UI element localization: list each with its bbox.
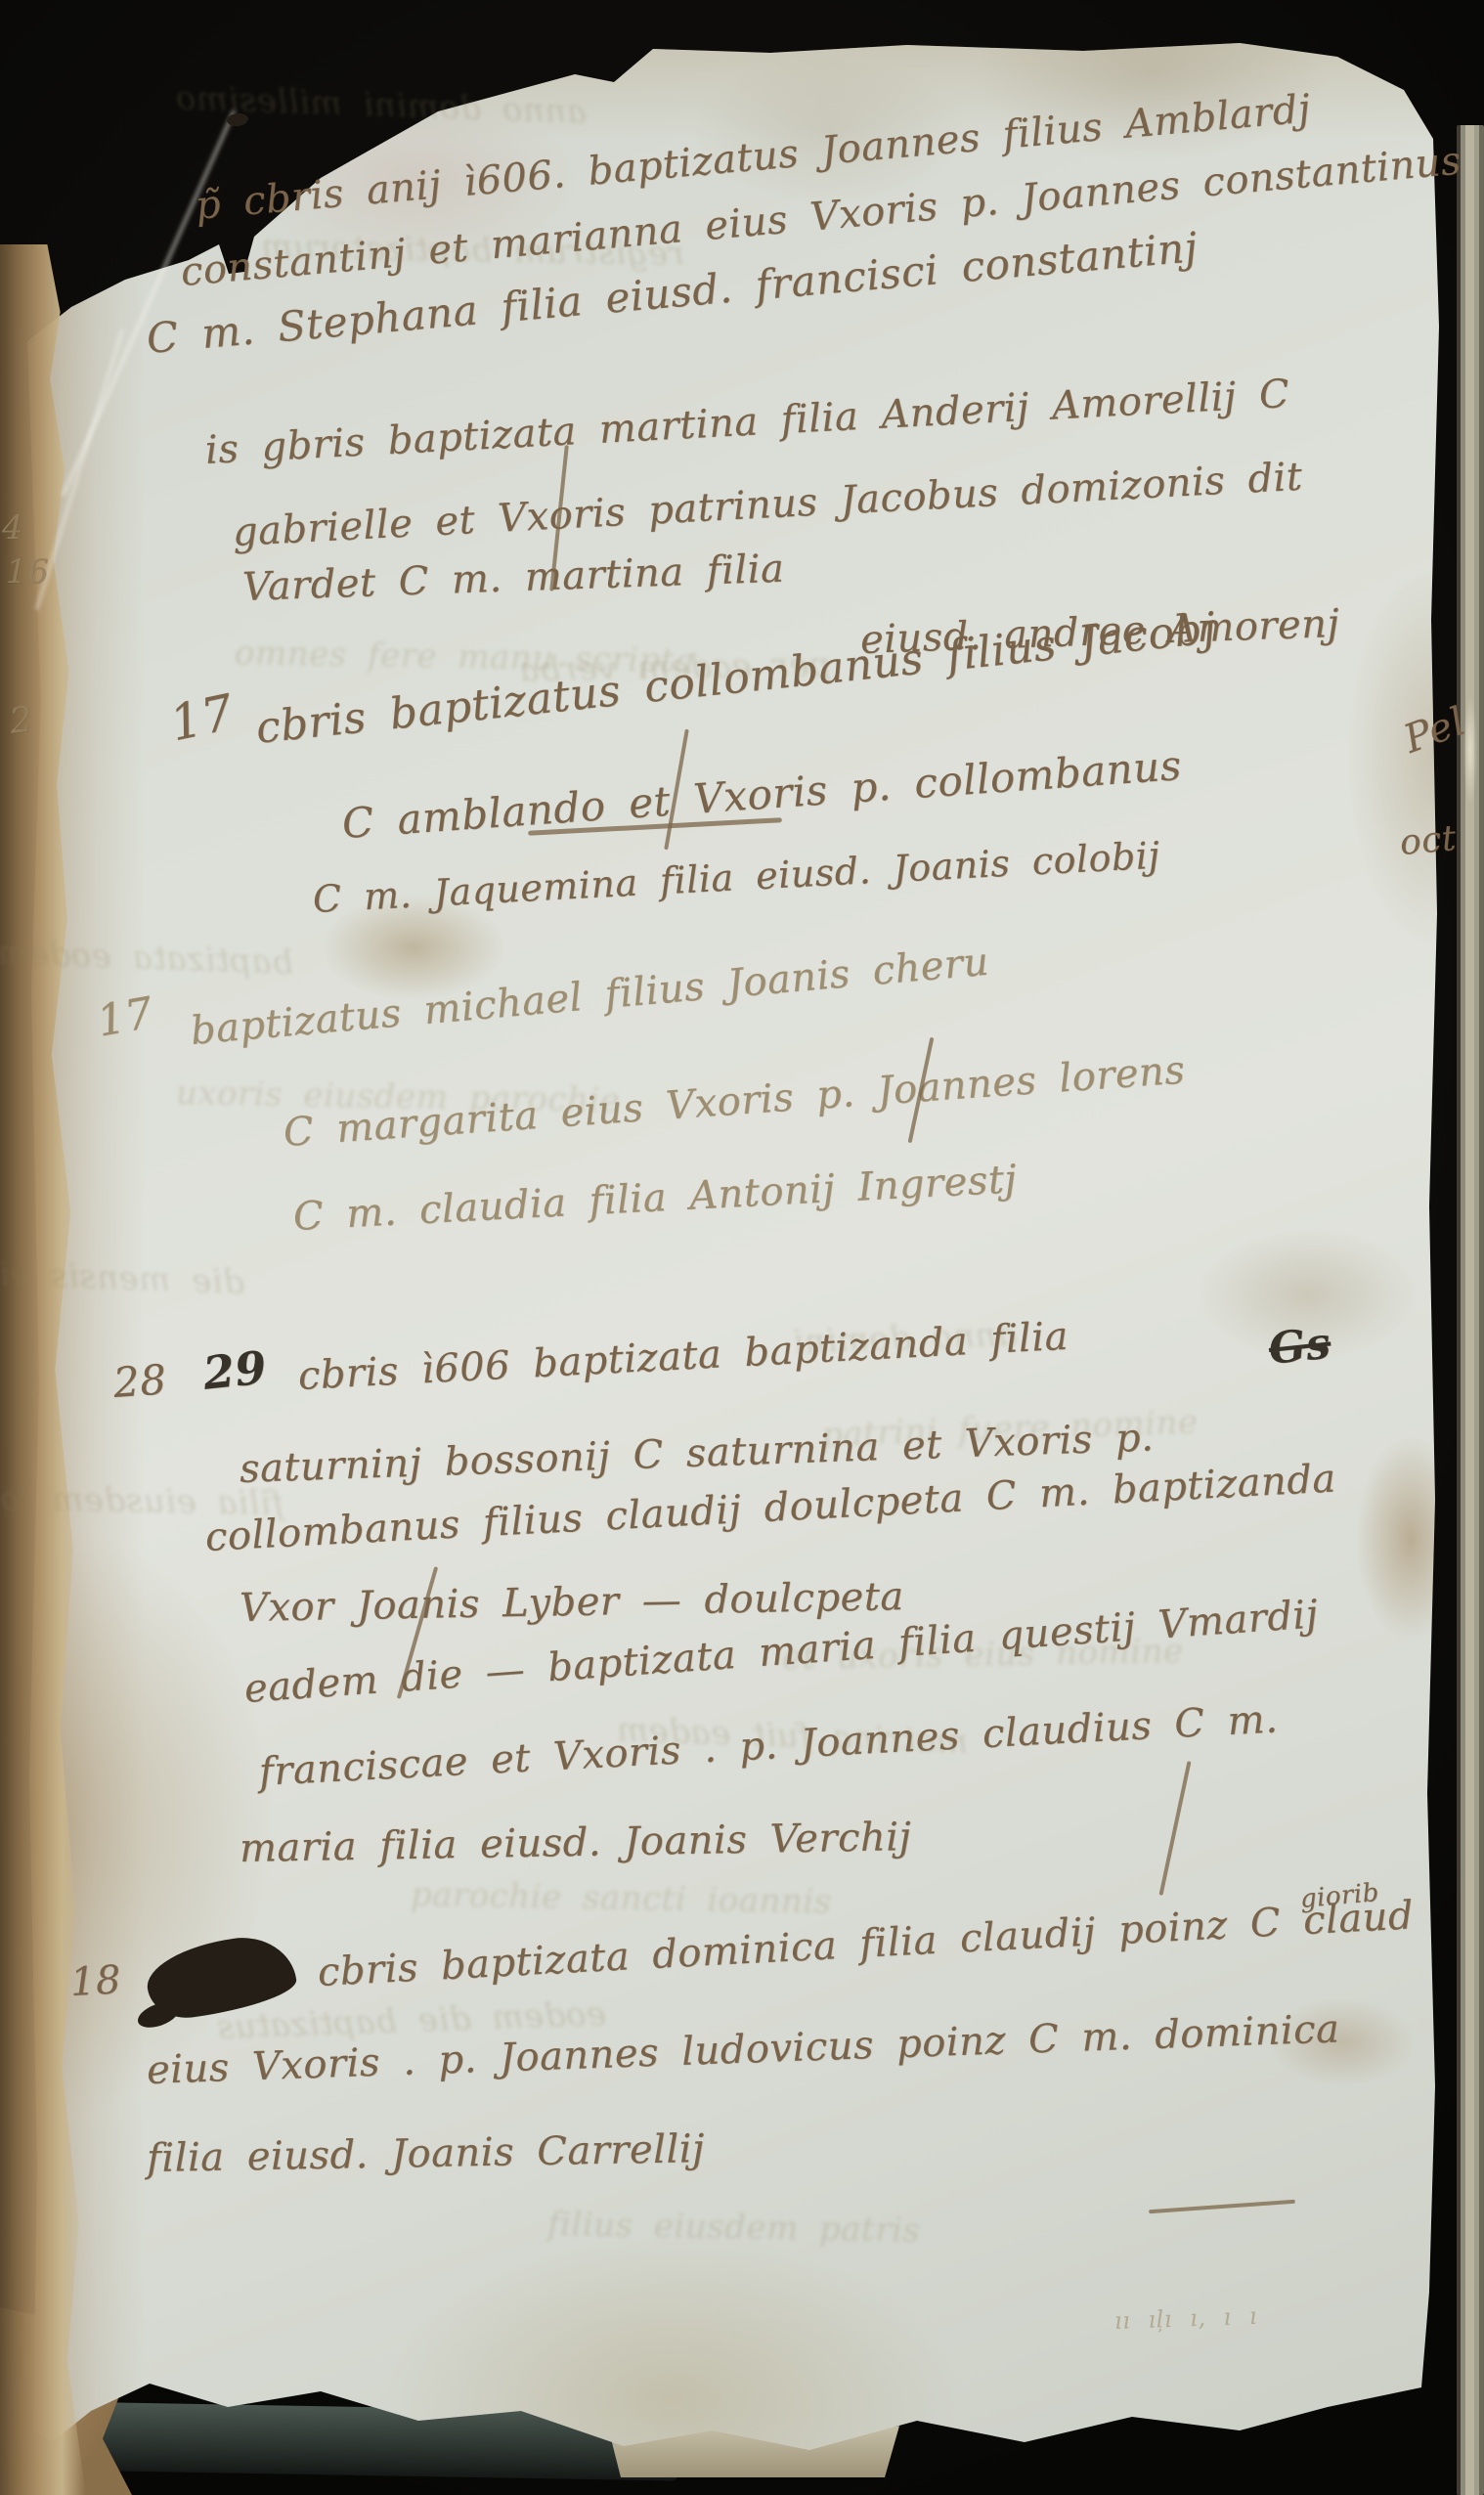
manuscript-line: 28 bbox=[111, 1355, 168, 1407]
manuscript-line: Vardet C m. martina filia bbox=[241, 547, 785, 610]
manuscript-line: gabrielle et Vxoris patrinus Jacobus dom… bbox=[232, 455, 1304, 555]
manuscript-line: C amblando et Vxoris p. collombanus bbox=[340, 741, 1183, 848]
bleedthrough-ghost-text: uxoris eiusdem parochie bbox=[176, 1073, 621, 1120]
bleedthrough-ghost-text: registrum baptizatorum bbox=[260, 227, 684, 274]
bleedthrough-ghost-text: filius eiusdem patris bbox=[547, 2205, 921, 2251]
manuscript-line: maria filia eiusd. Joanis Verchij bbox=[240, 1815, 912, 1871]
bleedthrough-ghost-text: et uxoris eius nomine bbox=[782, 1632, 1184, 1678]
writing-layer: p̃ cbris anij ì606. baptizatus Joannes f… bbox=[0, 0, 1484, 2495]
manuscript-line: Pel bbox=[1398, 699, 1471, 763]
manuscript-line: 4 bbox=[2, 508, 23, 547]
manuscript-line: is gbris baptizata martina filia Anderij… bbox=[204, 372, 1290, 473]
manuscript-line: 17 bbox=[165, 683, 239, 752]
manuscript-line: 16 bbox=[6, 552, 49, 591]
manuscript-line: 2 bbox=[8, 700, 35, 742]
manuscript-line: C m. claudia filia Antonij Ingrestj bbox=[292, 1157, 1019, 1240]
bleedthrough-ghost-text: filia eiusdem loci bbox=[0, 1478, 284, 1523]
bleedthrough-ghost-text: die mensis eiusdem anni bbox=[0, 1247, 245, 1302]
bleedthrough-ghost-text: baptizata eodem anno filius bbox=[0, 926, 294, 983]
pen-flourish-stroke bbox=[1158, 1761, 1191, 1896]
manuscript-line: 18 bbox=[69, 1957, 122, 2005]
bleedthrough-ghost-text: parochie sancti ioannis bbox=[411, 1875, 832, 1922]
manuscript-line: 29 bbox=[200, 1340, 269, 1400]
bleedthrough-ghost-text: anno domini bbox=[792, 1315, 1017, 1362]
bleedthrough-ghost-text: per eadem verba bbox=[518, 645, 831, 690]
manuscript-line: ıı ıļı ı‚ ı ı bbox=[1114, 2302, 1258, 2335]
manuscript-line: 17 bbox=[94, 987, 157, 1046]
manuscript-line: C m. Jaquemina filia eiusd. Joanis colob… bbox=[312, 834, 1161, 921]
manuscript-line: filia eiusd. Joanis Carrellij bbox=[147, 2126, 706, 2181]
pen-flourish-stroke bbox=[1149, 2200, 1295, 2213]
manuscript-line: baptizatus michael filius Joanis cheru bbox=[189, 940, 990, 1054]
manuscript-line: Gs bbox=[1266, 1319, 1332, 1375]
manuscript-line: oct bbox=[1398, 818, 1458, 863]
photograph-of-manuscript: p̃ cbris anij ì606. baptizatus Joannes f… bbox=[0, 0, 1484, 2495]
manuscript-line: Vxor Joanis Lyber — doulcpeta bbox=[240, 1574, 904, 1631]
ink-blot bbox=[226, 112, 248, 127]
